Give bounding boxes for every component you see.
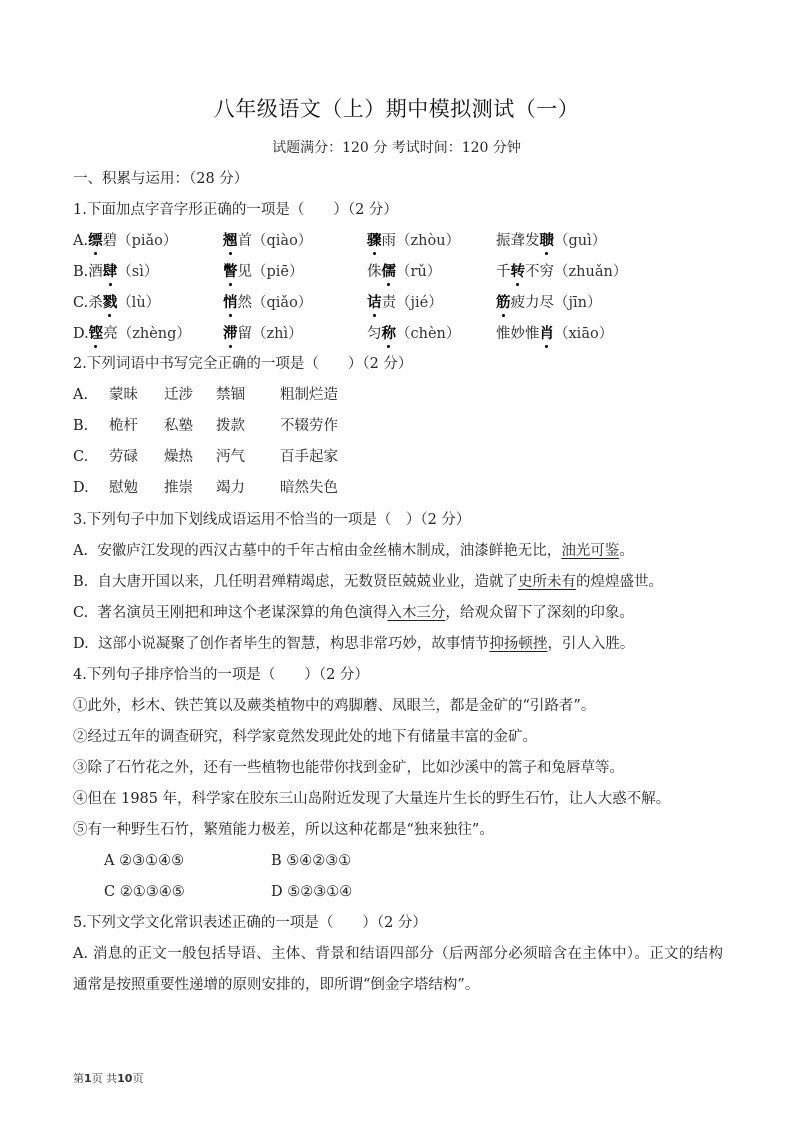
pinyin: （zhòu）: [396, 233, 460, 249]
word: 迁涉: [164, 385, 193, 405]
question-5-stem: 5.下列文学文化常识表述正确的一项是（ ）（2 分）: [73, 913, 427, 933]
q1-word: 瞥见（piē）: [223, 262, 304, 282]
word: 百手起家: [280, 447, 338, 467]
pinyin: （piǎo）: [117, 233, 177, 249]
q1-word: 诘责（jié）: [367, 293, 443, 313]
pinyin: （chèn）: [396, 326, 460, 342]
sentence-5: ⑤有一种野生石竹，繁殖能力极差，所以这种花都是“独来独往”。: [73, 820, 494, 840]
choice-d: D ⑤②③①④: [271, 882, 352, 902]
pinyin: （guì）: [554, 233, 606, 249]
word: 蒙昧: [109, 385, 138, 405]
q1-word: 千转不穷（zhuǎn）: [496, 262, 627, 282]
q1-word: B.酒肆（sì）: [73, 262, 158, 282]
pinyin: （zhèng）: [118, 326, 191, 342]
pinyin: （rǔ）: [396, 264, 441, 280]
underlined-idiom: 史所未有: [518, 574, 576, 590]
question-5-option-a: A. 消息的正文一般包括导语、主体、背景和结语四部分（后两部分必须暗含在主体中）…: [73, 939, 723, 1001]
word: 桅杆: [109, 416, 138, 436]
emphasis-dot-char: 骤: [367, 231, 382, 251]
emphasis-dot-char: 缥: [88, 231, 103, 251]
emphasis-dot-char: 肖: [540, 324, 555, 344]
sentence-4: ④但在 1985 年，科学家在胶东三山岛附近发现了大量连片生长的野生石竹，让人大…: [73, 789, 670, 809]
page-title: 八年级语文（上）期中模拟测试（一）: [0, 93, 793, 123]
word: 慰勉: [109, 478, 138, 498]
question-4-stem: 4.下列句子排序恰当的一项是（ ）（2 分）: [73, 665, 369, 685]
q1-word: C.杀戮（lù）: [73, 293, 160, 313]
q1-word: 骤雨（zhòu）: [367, 231, 460, 251]
emphasis-dot-char: 称: [382, 324, 397, 344]
option-label: C.: [73, 447, 88, 467]
pinyin: （jié）: [396, 295, 443, 311]
q3-option: A. 安徽庐江发现的西汉古墓中的千年古棺由金丝楠木制成，油漆鲜艳无比，油光可鉴。: [73, 541, 634, 561]
emphasis-dot-char: 肆: [103, 262, 118, 282]
word: 燥热: [164, 447, 193, 467]
option-label: B.: [73, 416, 88, 436]
word: 推崇: [164, 478, 193, 498]
underlined-idiom: 抑扬顿挫: [489, 636, 547, 652]
q1-word: D.铿亮（zhèng）: [73, 324, 191, 344]
q3-option: B. 自大唐开国以来，几任明君殚精竭虑，无数贤臣兢兢业业，造就了史所未有的煌煌盛…: [73, 572, 663, 592]
word: 拨款: [216, 416, 245, 436]
word: 劳碌: [109, 447, 138, 467]
word: 粗制烂造: [280, 385, 338, 405]
exam-page: 八年级语文（上）期中模拟测试（一） 试题满分：120 分 考试时间：120 分钟…: [0, 0, 793, 1122]
underlined-idiom: 油光可鉴: [561, 543, 619, 559]
word: 沔气: [216, 447, 245, 467]
sentence-1: ①此外，杉木、铁芒箕以及蕨类植物中的鸡脚蘑、凤眼兰，都是金矿的“引路者”。: [73, 696, 595, 716]
q1-word: 惟妙惟肖（xiāo）: [496, 324, 613, 344]
q1-word: 振聋发聩（guì）: [496, 231, 606, 251]
pinyin: （zhì）: [252, 326, 303, 342]
pinyin: （zhuǎn）: [554, 264, 627, 280]
pinyin: （sì）: [117, 264, 158, 280]
option-label: D.: [73, 478, 89, 498]
word: 不辍劳作: [280, 416, 338, 436]
pinyin: （jīn）: [554, 295, 601, 311]
emphasis-dot-char: 铿: [89, 324, 104, 344]
page-number: 第1页 共10页: [73, 1070, 143, 1086]
emphasis-dot-char: 滞: [223, 324, 238, 344]
emphasis-dot-char: 翘: [223, 231, 238, 251]
choice-a: A ②③①④⑤: [104, 851, 184, 871]
pinyin: （qiǎo）: [252, 295, 312, 311]
q1-word: 滞留（zhì）: [223, 324, 303, 344]
pinyin: （lù）: [117, 295, 160, 311]
q1-word: A.缥碧（piǎo）: [73, 231, 177, 251]
emphasis-dot-char: 转: [511, 262, 526, 282]
sentence-3: ③除了石竹花之外，还有一些植物也能带你找到金矿，比如沙溪中的篙子和兔唇草等。: [73, 758, 624, 778]
emphasis-dot-char: 戮: [103, 293, 118, 313]
section-heading: 一、积累与运用：（28 分）: [73, 169, 248, 189]
emphasis-dot-char: 筋: [496, 293, 511, 313]
word: 暗然失色: [280, 478, 338, 498]
emphasis-dot-char: 瞥: [223, 262, 238, 282]
q3-option: D. 这部小说凝聚了创作者毕生的智慧，构思非常巧妙，故事情节抑扬顿挫，引人入胜。: [73, 634, 634, 654]
sentence-2: ②经过五年的调查研究，科学家竟然发现此处的地下有储量丰富的金矿。: [73, 727, 537, 747]
choice-b: B ⑤④②③①: [271, 851, 351, 871]
exam-info: 试题满分：120 分 考试时间：120 分钟: [0, 137, 793, 157]
pinyin: （qiào）: [252, 233, 312, 249]
q1-word: 侏儒（rǔ）: [367, 262, 441, 282]
choice-c: C ②①③④⑤: [104, 882, 185, 902]
question-1-stem: 1.下面加点字音字形正确的一项是（ ）（2 分）: [73, 200, 398, 220]
q1-word: 翘首（qiào）: [223, 231, 312, 251]
emphasis-dot-char: 悄: [223, 293, 238, 313]
q1-word: 筋疲力尽（jīn）: [496, 293, 601, 313]
pinyin: （xiāo）: [554, 326, 613, 342]
question-3-stem: 3.下列句子中加下划线成语运用不恰当的一项是（ ）（2 分）: [73, 510, 470, 530]
emphasis-dot-char: 诘: [367, 293, 382, 313]
option-label: A.: [73, 385, 88, 405]
question-2-stem: 2.下列词语中书写完全正确的一项是（ ）（2 分）: [73, 354, 412, 374]
q1-word: 悄然（qiǎo）: [223, 293, 312, 313]
underlined-idiom: 入木三分: [387, 605, 445, 621]
word: 竭力: [216, 478, 245, 498]
word: 私塾: [164, 416, 193, 436]
emphasis-dot-char: 儒: [382, 262, 397, 282]
pinyin: （piē）: [252, 264, 304, 280]
emphasis-dot-char: 聩: [540, 231, 555, 251]
q1-word: 匀称（chèn）: [367, 324, 460, 344]
word: 禁锢: [216, 385, 245, 405]
q3-option: C. 著名演员王刚把和珅这个老谋深算的角色演得入木三分，给观众留下了深刻的印象。: [73, 603, 634, 623]
